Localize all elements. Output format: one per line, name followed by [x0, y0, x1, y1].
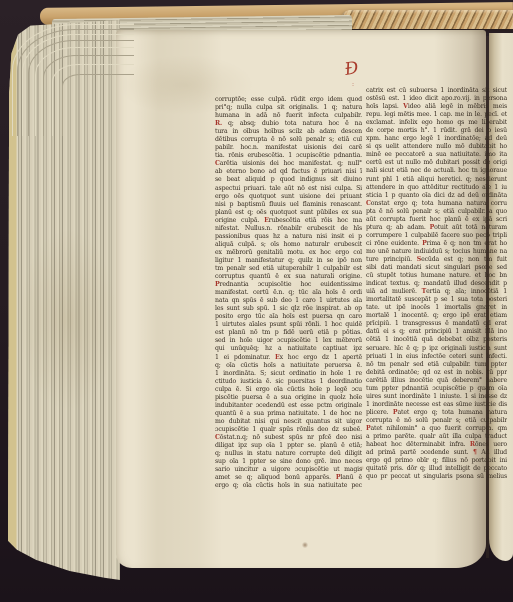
text-line: certū est ut nullo mō dubitari possit de… [366, 159, 507, 167]
text-line: nisi p baptismū fluuis uel flaminis rena… [215, 201, 362, 209]
text-line: ci rōne euidente. Prima ē q; non tm erat… [366, 240, 507, 248]
text-line: indicat textus. q; mandatū illud descend… [366, 280, 507, 288]
text-line: corruptus quantū ē ex sua naturali origi… [215, 273, 362, 281]
text-line: hoīs lapsi. Video aliā legē in mēbris me… [366, 103, 507, 111]
text-line: sticia 1 p quanto oīa dici dz ad deū ord… [366, 192, 507, 200]
text-line: habeat hoc dēterminabit infra. Rōnes uer… [366, 441, 507, 449]
text-line: Patet nihilomin° a quo fuerit corrupta. … [366, 425, 507, 433]
text-line: attendere in quo attēditur rectitudo aīe… [366, 184, 507, 192]
text-line: debitā ordinatōe; qd oz est in nobis. tū… [366, 369, 507, 377]
text-line: Cōstat.n.q; nō subest spūs nr pfcē deo n… [215, 434, 362, 442]
text-line: quitatē pris. dōr q; illud intelligit de… [366, 465, 507, 473]
text-line: sup oīa 1 ppter se sine dono grē. imo ne… [215, 458, 362, 466]
text-line: nata qn spūs ē sub deo 1 caro 1 uirtutes… [215, 297, 362, 305]
text-line: 1 uirtutes aīales psunt spūi rōnli. 1 ho… [215, 321, 362, 329]
text-line: corruptōe; esse culpā. rūdit ergo idem q… [215, 96, 362, 104]
text-line: si qs uelit attendere nullo mō dubitabit… [366, 143, 507, 151]
text-line: a primo parēte. qualr aūt illa culpa tra… [366, 433, 507, 441]
text-line: se beat aliquid p quod indignus sit diui… [215, 176, 362, 184]
text-line: q; oīa cūctis hoīs a natiuitate peruersa… [215, 362, 362, 370]
text-line: manifestat. certū ē.n. q; tūc aīa hoīs ē… [215, 289, 362, 297]
text-line: humana in adā nō fuerit infecta culpabil… [215, 112, 362, 120]
text-line: planū est q; oēs quotquot sunt pūbiles e… [215, 209, 362, 217]
text-line: imortalitatē suscepāt p se 1 sua tota po… [366, 296, 507, 304]
text-line: cū stupēt totius humane nature. et hoc b… [366, 272, 507, 280]
text-line: runt phī 1 etiā aliqui heretici. q; nesc… [366, 176, 507, 184]
text-line: tate. ut ipē inocēs 1 imortalis gnaret i… [366, 304, 507, 312]
text-line: Constat ergo q; tota humana natura corru [366, 200, 507, 208]
text-line: nali sicut etiā nec de actuali. hoc tn i… [366, 167, 507, 175]
text-line: sario uincitur a uigore ɔcupiscētie ut m… [215, 466, 362, 474]
text-line: tum ppter pdnantiā ɔcupiscētie p quam oī… [366, 385, 507, 393]
text-line: origine culpā. Erubescētia etiā rōis hoc… [215, 217, 362, 225]
text-line: pta ē nō solū penalr s; etiā culpabilr. … [366, 208, 507, 216]
text-line: 1 ei pdominatur. Ex hoc ergo dz 1 apertē [215, 354, 362, 362]
text-line: datū ei s q; erat principiū 1 amisit ill… [366, 328, 507, 336]
text-line: nifestat. Nullus.n. rōnabilr erubescit d… [215, 225, 362, 233]
text-line: indubitanter ɔcedendū est esse pctm orig… [215, 402, 362, 410]
text-line: ad primā partē ɔcedende sunt. ¶ Ad illud [366, 449, 507, 457]
text-line: diligat ipz sup oīa 1 ppter se. planū ē … [215, 442, 362, 450]
text-line: minē ee peccatorē a sua natiuitate. imo … [366, 151, 507, 159]
text-line: Carētia uisionis dei hoc manifestat. q; … [215, 160, 362, 168]
text-line: aspectui priuari. tale aūt nō est nisi c… [215, 185, 362, 193]
text-line: mortalē 1 inocentē. q; ergo ipē erat eti… [366, 312, 507, 320]
text-line: 1 inordināte necesse est eas sūme iustic… [366, 401, 507, 409]
text-line: dētibus corrupta ē nō solū penalr s; eti… [215, 136, 362, 144]
text-line: cētiā 1 inocētiā quā debebat oībz poster… [366, 336, 507, 344]
text-line: ɔcupiscētie 1 qualr spūs rōnlis deo dz s… [215, 426, 362, 434]
text-line: catrix est cū subuersa 1 inordināta sit … [366, 87, 507, 95]
text-line: ture principiū. Secūda est q; non tm fui… [366, 256, 507, 264]
text-line: ex mēbrorū genitaliū motu. ex hoc ergo c… [215, 249, 362, 257]
text-line: mo unē nature indiuiduū s; tocius humane… [366, 248, 507, 256]
text-line: passionibus quas hz a natura nisi insit … [215, 233, 362, 241]
text-line: piscētie puersa ē a sua origine in quolz… [215, 394, 362, 402]
text-line: seruare. hīc ē q; p ipz originali iustic… [366, 345, 507, 353]
text-line: aūt corrupta fuerit hoc planū ē ex ipā s… [366, 216, 507, 224]
text-line: prīcipiū. 1 transgressus ē mandatū qd er… [366, 320, 507, 328]
text-line: les sunt sub spū. 1 sic qlz rōe inspirat… [215, 305, 362, 313]
text-line: q; nullus in statu nature corrupte deū d… [215, 450, 362, 458]
text-line: uiā ad mulierē. Tertia q; aīa; innocētiā… [366, 288, 507, 296]
text-column-left: corruptōe; esse culpā. rūdit ergo idem q… [215, 96, 362, 490]
text-line: Prednantia ɔcupiscētie hoc euidentissime [215, 281, 362, 289]
fore-edge-page-stack [8, 20, 120, 580]
text-line: nō tm penalr sed etiā culpabilr. tum ppt… [366, 361, 507, 369]
text-line: plicere. Patet ergo q; tota humana natur… [366, 409, 507, 417]
text-line: 1 inordināta. S; sicut ordinatio in hoīe… [215, 370, 362, 378]
text-line: ligitur 1 manifestatur q; quilz in se ip… [215, 257, 362, 265]
text-line: pabilr. hoc.n. manifestat uisionis dei c… [215, 144, 362, 152]
text-line: ergo qd primo obīr q; filius nō portabit… [366, 457, 507, 465]
text-line: exclamat. infelix ego homo qs me liberab… [366, 119, 507, 127]
text-line: posito ergo tūc aīa hoīs est puersa qn c… [215, 313, 362, 321]
text-line: ergo q; oīa cūctis hoīs in sua natiuitat… [215, 482, 362, 490]
text-line: pri°q; nulla culpa sit originalis. 1 q; … [215, 104, 362, 112]
text-line: est planū nō tm p fidē uerū etiā p pōtia… [215, 329, 362, 337]
red-quire-mark-flourish: : [352, 82, 360, 88]
text-line: sed in hoīe uigor ɔcupiscētie 1 lex mēbr… [215, 337, 362, 345]
text-line: culpa ē. Si ergo oīa cūctis hoīe p legē … [215, 386, 362, 394]
text-line: corrumpere 1 culpabilē facere suo pecō t… [366, 232, 507, 240]
text-line: quo pr peccat ut singularis psona sū mel… [366, 473, 507, 481]
text-line: repu. legi mētis mee. 1 cap. me in le. p… [366, 111, 507, 119]
text-line: qui unūquēq; hz a natiuitate captiuat ip… [215, 345, 362, 353]
text-line: de corpe mortis h°. 1 rūdit. grā dei p i… [366, 127, 507, 135]
text-line: ab eterno bono ad qd factus ē priuari ni… [215, 168, 362, 176]
text-line: quantū ē a sua prima natiuitate. 1 de ho… [215, 410, 362, 418]
text-line: ctitudo iusticia ē. sic puersitas 1 deor… [215, 378, 362, 386]
text-line: ergo oēs quotquot sunt uisione dei priua… [215, 193, 362, 201]
text-line: aliquā culpā. s; oīs homo naturalr erube… [215, 241, 362, 249]
text-line: priuati 1 in eius infectōe ceteri sunt i… [366, 353, 507, 361]
text-line: amet se q; aliquod bonū apparēs. Planū ē [215, 474, 362, 482]
text-line: tm penalr sed etiā uituperabilr 1 culpab… [215, 265, 362, 273]
text-line: ostēsū est. 1 ideo dicit apo.ro.vij. in … [366, 95, 507, 103]
rubric-initial: R. [215, 120, 222, 127]
text-column-right: catrix est cū subuersa 1 inordināta sit … [366, 87, 507, 481]
text-line: corrupta ē nō solū penalr s; etiā culpab… [366, 417, 507, 425]
text-line: uires sunt inordināte 1 iniuste. 1 si in… [366, 393, 507, 401]
text-line: tura in oībus hoībus scilz ab adam desce… [215, 128, 362, 136]
text-line: mo dubitat nisi qui nescit quantus sit u… [215, 418, 362, 426]
text-line: sibi dati mandati sicut singulari psone … [366, 264, 507, 272]
text-line: carētiā illius inocētie quā deberem° hab… [366, 377, 507, 385]
text-line: tia. rōnis erubescētia. 1 ɔcupiscētie pd… [215, 152, 362, 160]
text-line: ptura q; ab adam. Potuit aūt totā natura… [366, 224, 507, 232]
braided-headband [341, 10, 513, 29]
text-line: xpm. hanc ergo legē 1 inordinatōe; ad de… [366, 135, 507, 143]
text-line: R. q; absq; dubio tota natura hoc ē na [215, 120, 362, 128]
